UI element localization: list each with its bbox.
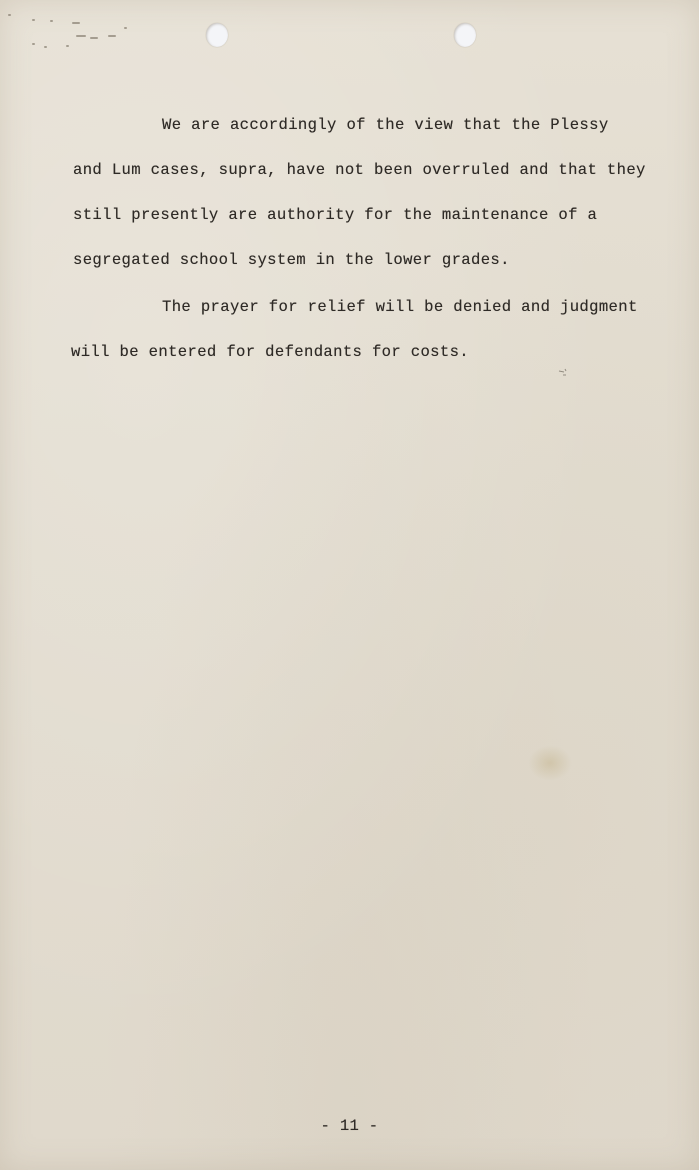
paragraph-2-line-2: will be entered for defendants for costs… bbox=[71, 343, 469, 361]
speck bbox=[44, 46, 47, 48]
speck bbox=[72, 22, 80, 24]
paragraph-1-line-4: segregated school system in the lower gr… bbox=[73, 251, 510, 269]
paragraph-1-line-3: still presently are authority for the ma… bbox=[73, 206, 597, 224]
paragraph-2-line-1: The prayer for relief will be denied and… bbox=[162, 298, 638, 316]
speck bbox=[76, 35, 86, 37]
speck bbox=[124, 27, 127, 29]
paper-damage-specks bbox=[6, 10, 131, 50]
speck bbox=[32, 19, 35, 21]
punch-hole-left bbox=[206, 23, 228, 47]
punch-hole-right bbox=[454, 23, 476, 47]
paragraph-1-line-1: We are accordingly of the view that the … bbox=[162, 116, 609, 134]
speck bbox=[108, 35, 116, 37]
stray-mark bbox=[558, 368, 568, 378]
speck bbox=[90, 37, 98, 39]
speck bbox=[50, 20, 53, 22]
document-page: We are accordingly of the view that the … bbox=[0, 0, 699, 1170]
speck bbox=[32, 43, 35, 45]
paragraph-1-line-2: and Lum cases, supra, have not been over… bbox=[73, 161, 646, 179]
speck bbox=[8, 14, 11, 16]
speck bbox=[66, 45, 69, 47]
page-number: - 11 - bbox=[0, 1117, 699, 1135]
paper-stain bbox=[528, 745, 572, 781]
